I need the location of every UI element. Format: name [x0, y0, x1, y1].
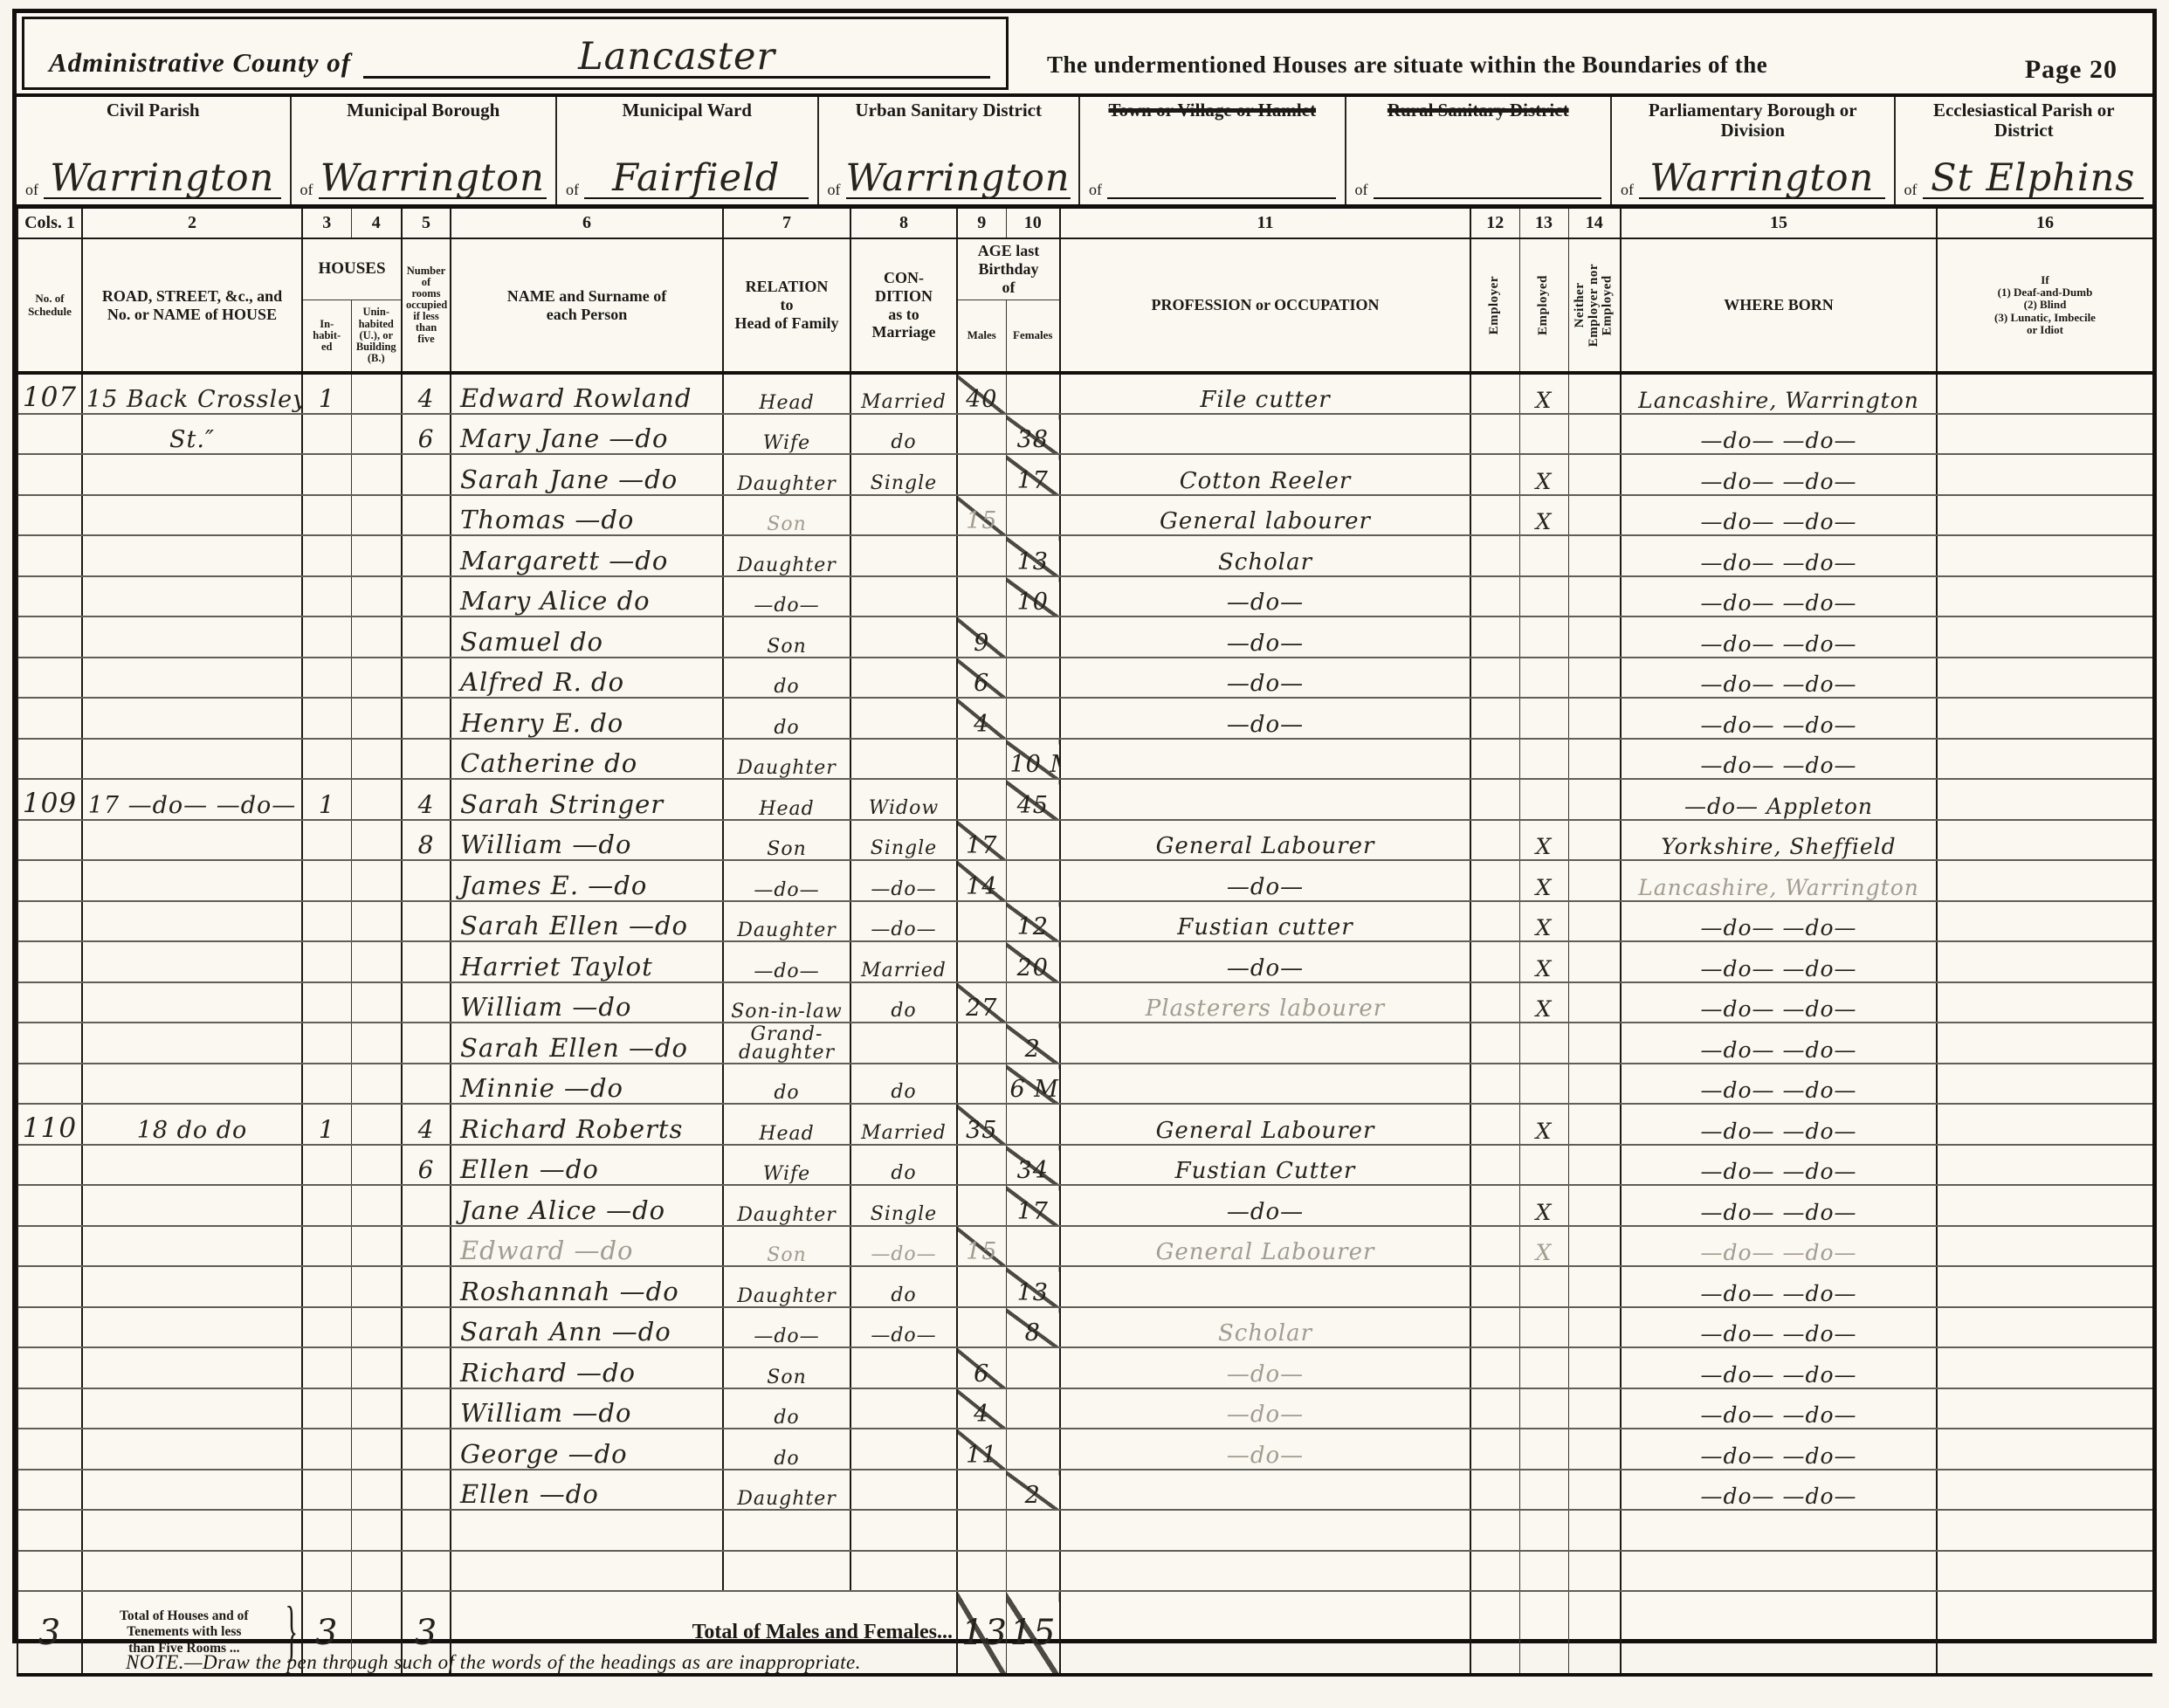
- cell-occupation: —do—: [1060, 698, 1470, 739]
- cell-inhabited: [302, 739, 351, 780]
- cell-condition: —do—: [850, 1307, 957, 1348]
- district-urban-sanitary: Urban Sanitary District ofWarrington: [819, 97, 1081, 204]
- cell-where-born: —do— —do—: [1621, 616, 1937, 658]
- cell-condition: [850, 1023, 957, 1064]
- cell-person-name: Harriet Taylot: [451, 941, 723, 982]
- col-num-3: 3: [302, 209, 351, 238]
- cell-rooms: [402, 454, 451, 495]
- cell-address: 17 —do— —do—: [82, 779, 302, 820]
- cell-employer-mark: [1470, 941, 1519, 982]
- cell-infirmity: [1937, 1064, 2152, 1105]
- person-row: Alfred R. dodo6—do——do— —do—: [17, 658, 2152, 699]
- cell-person-name: Catherine do: [451, 739, 723, 780]
- cell-uninhabited: [351, 658, 402, 699]
- cell-schedule-number: [17, 658, 82, 699]
- table-header: Cols. 1 2 3 4 5 6 7 8 9 10 11 12 13 14 1…: [17, 209, 2152, 373]
- cell-age-female: [1006, 1510, 1060, 1551]
- cell-person-name: Thomas —do: [451, 495, 723, 536]
- cell-age-male: [957, 576, 1006, 617]
- cell-occupation: [1060, 1470, 1470, 1511]
- cell-age-male: [957, 1185, 1006, 1226]
- person-row: Edward —doSon—do—15General LabourerX—do—…: [17, 1226, 2152, 1267]
- totals-empty: [1937, 1591, 2152, 1675]
- cell-relation: Wife: [723, 414, 850, 455]
- cell-person-name: [451, 1551, 723, 1592]
- cell-age-female: [1006, 495, 1060, 536]
- cell-infirmity: [1937, 1023, 2152, 1064]
- cell-uninhabited: [351, 1226, 402, 1267]
- cell-address: [82, 1510, 302, 1551]
- cell-inhabited: [302, 860, 351, 901]
- cell-where-born: —do— —do—: [1621, 1023, 1937, 1064]
- cell-age-female: [1006, 860, 1060, 901]
- cell-schedule-number: [17, 1429, 82, 1470]
- cell-address: [82, 658, 302, 699]
- cell-uninhabited: [351, 1104, 402, 1145]
- cell-person-name: Sarah Ellen —do: [451, 901, 723, 942]
- cell-infirmity: [1937, 495, 2152, 536]
- totals-brace: }: [286, 1594, 298, 1670]
- cell-uninhabited: [351, 941, 402, 982]
- cell-condition: Single: [850, 820, 957, 861]
- of-label: of: [1355, 181, 1368, 199]
- cell-schedule-number: [17, 1145, 82, 1186]
- cell-where-born: —do— —do—: [1621, 454, 1937, 495]
- person-row: Minnie —dododo6 Mo—do— —do—: [17, 1064, 2152, 1105]
- cell-person-name: Minnie —do: [451, 1064, 723, 1105]
- col-header-schedule: No. of Schedule: [17, 238, 82, 373]
- cell-person-name: Richard Roberts: [451, 1104, 723, 1145]
- cell-occupation: General Labourer: [1060, 1104, 1470, 1145]
- district-label: Municipal Borough: [300, 100, 547, 121]
- cell-uninhabited: [351, 1388, 402, 1429]
- col-num-5: 5: [402, 209, 451, 238]
- col-num-15: 15: [1621, 209, 1937, 238]
- cell-where-born: —do— —do—: [1621, 1104, 1937, 1145]
- cell-neither-mark: [1568, 373, 1621, 414]
- cell-rooms: 8: [402, 820, 451, 861]
- totals-empty: [1568, 1591, 1621, 1675]
- cell-age-female: 10: [1006, 576, 1060, 617]
- person-row: Richard —doSon6—do——do— —do—: [17, 1347, 2152, 1388]
- district-value: Fairfield: [584, 160, 809, 199]
- cell-condition: [850, 495, 957, 536]
- person-row: Catherine doDaughter10 Mo—do— —do—: [17, 739, 2152, 780]
- person-row: Sarah Ellen —doGrand- daughter2—do— —do—: [17, 1023, 2152, 1064]
- district-rural-sanitary: Rural Sanitary District of: [1346, 97, 1613, 204]
- cell-relation: Daughter: [723, 535, 850, 576]
- cell-inhabited: 1: [302, 779, 351, 820]
- cell-inhabited: [302, 698, 351, 739]
- districts-band: Civil Parish ofWarrington Municipal Boro…: [17, 97, 2152, 209]
- cell-occupation: Fustian cutter: [1060, 901, 1470, 942]
- cell-address: [82, 860, 302, 901]
- cell-employed-mark: [1519, 1064, 1568, 1105]
- cell-condition: Married: [850, 1104, 957, 1145]
- cell-employer-mark: [1470, 1388, 1519, 1429]
- cell-neither-mark: [1568, 1104, 1621, 1145]
- cell-uninhabited: [351, 1347, 402, 1388]
- person-row: 6Ellen —doWifedo34Fustian Cutter—do— —do…: [17, 1145, 2152, 1186]
- col-num-4: 4: [351, 209, 402, 238]
- cell-relation: —do—: [723, 860, 850, 901]
- cell-uninhabited: [351, 495, 402, 536]
- cell-address: [82, 1145, 302, 1186]
- cell-schedule-number: [17, 1551, 82, 1592]
- cell-where-born: [1621, 1551, 1937, 1592]
- cell-address: [82, 1307, 302, 1348]
- cell-where-born: —do— —do—: [1621, 1388, 1937, 1429]
- cell-neither-mark: [1568, 941, 1621, 982]
- district-label-struck: Town or Village or Hamlet: [1089, 100, 1336, 121]
- cell-rooms: 6: [402, 414, 451, 455]
- cell-age-male: [957, 1510, 1006, 1551]
- cell-rooms: [402, 1185, 451, 1226]
- cell-employed-mark: [1519, 1551, 1568, 1592]
- col-num-11: 11: [1060, 209, 1470, 238]
- cell-age-female: 13: [1006, 1266, 1060, 1307]
- cell-condition: [850, 1429, 957, 1470]
- person-row: Mary Alice do—do—10—do——do— —do—: [17, 576, 2152, 617]
- cell-age-female: [1006, 1347, 1060, 1388]
- cell-age-male: [957, 1064, 1006, 1105]
- totals-schedule-count: 3: [17, 1591, 82, 1675]
- cell-person-name: William —do: [451, 1388, 723, 1429]
- person-row: James E. —do—do——do—14—do—XLancashire, W…: [17, 860, 2152, 901]
- cell-employer-mark: [1470, 1064, 1519, 1105]
- cell-inhabited: [302, 1185, 351, 1226]
- cell-age-male: 4: [957, 1388, 1006, 1429]
- cell-occupation: Plasterers labourer: [1060, 982, 1470, 1023]
- col-num-16: 16: [1937, 209, 2152, 238]
- cell-employer-mark: [1470, 454, 1519, 495]
- cell-employed-mark: [1519, 1429, 1568, 1470]
- cell-employer-mark: [1470, 1551, 1519, 1592]
- person-row: William —dodo4—do——do— —do—: [17, 1388, 2152, 1429]
- cell-where-born: —do— —do—: [1621, 1429, 1937, 1470]
- cell-employed-mark: X: [1519, 1226, 1568, 1267]
- page-number: Page 20: [2025, 55, 2117, 85]
- cell-inhabited: 1: [302, 1104, 351, 1145]
- cell-occupation: —do—: [1060, 576, 1470, 617]
- cell-where-born: —do— —do—: [1621, 1470, 1937, 1511]
- cell-uninhabited: [351, 1266, 402, 1307]
- cell-infirmity: [1937, 1347, 2152, 1388]
- cell-condition: [850, 698, 957, 739]
- cell-neither-mark: [1568, 698, 1621, 739]
- cell-schedule-number: [17, 576, 82, 617]
- district-label-struck: Rural Sanitary District: [1355, 100, 1602, 121]
- neither-vertical-label: Neither Employer nor Employed: [1573, 264, 1615, 347]
- cell-condition: [850, 616, 957, 658]
- cell-address: St.″: [82, 414, 302, 455]
- cell-age-female: 12: [1006, 901, 1060, 942]
- cell-employer-mark: [1470, 658, 1519, 699]
- col-num-9: 9: [957, 209, 1006, 238]
- cell-rooms: [402, 1023, 451, 1064]
- col-header-condition: CON- DITION as to Marriage: [850, 238, 957, 373]
- cell-schedule-number: [17, 1266, 82, 1307]
- cell-neither-mark: [1568, 820, 1621, 861]
- cell-age-male: [957, 535, 1006, 576]
- cell-age-female: [1006, 1226, 1060, 1267]
- cell-address: [82, 454, 302, 495]
- totals-houses-label: Total of Houses and of Tenements with le…: [86, 1608, 282, 1657]
- cell-uninhabited: [351, 779, 402, 820]
- col-header-road-street: ROAD, STREET, &c., and No. or NAME of HO…: [82, 238, 302, 373]
- cell-neither-mark: [1568, 1185, 1621, 1226]
- cell-where-born: —do— —do—: [1621, 414, 1937, 455]
- cell-condition: [850, 535, 957, 576]
- cell-occupation: [1060, 779, 1470, 820]
- col-num-8: 8: [850, 209, 957, 238]
- cell-relation: Daughter: [723, 1470, 850, 1511]
- cell-condition: [850, 576, 957, 617]
- cell-relation: Daughter: [723, 901, 850, 942]
- cell-age-male: 15: [957, 1226, 1006, 1267]
- cell-schedule-number: [17, 982, 82, 1023]
- cell-infirmity: [1937, 1307, 2152, 1348]
- cell-uninhabited: [351, 1307, 402, 1348]
- cell-inhabited: [302, 1145, 351, 1186]
- cell-inhabited: [302, 1510, 351, 1551]
- census-table: Cols. 1 2 3 4 5 6 7 8 9 10 11 12 13 14 1…: [17, 209, 2152, 1677]
- cell-person-name: William —do: [451, 982, 723, 1023]
- cell-age-male: 14: [957, 860, 1006, 901]
- totals-males: 13: [957, 1591, 1006, 1675]
- person-row: [17, 1551, 2152, 1592]
- totals-row: 3 Total of Houses and of Tenements with …: [17, 1591, 2152, 1675]
- cell-inhabited: [302, 1551, 351, 1592]
- district-parliamentary-borough: Parliamentary Borough or Division ofWarr…: [1612, 97, 1896, 204]
- cell-uninhabited: [351, 901, 402, 942]
- cell-employer-mark: [1470, 779, 1519, 820]
- cell-infirmity: [1937, 820, 2152, 861]
- cell-where-born: —do— —do—: [1621, 941, 1937, 982]
- cell-employed-mark: [1519, 779, 1568, 820]
- cell-age-female: 38: [1006, 414, 1060, 455]
- cell-inhabited: [302, 982, 351, 1023]
- cell-rooms: [402, 1266, 451, 1307]
- person-row: Sarah Ann —do—do——do—8Scholar—do— —do—: [17, 1307, 2152, 1348]
- of-label: of: [300, 181, 313, 199]
- cell-rooms: [402, 1551, 451, 1592]
- district-label: Municipal Ward: [566, 100, 809, 121]
- cell-neither-mark: [1568, 1510, 1621, 1551]
- cell-uninhabited: [351, 820, 402, 861]
- cell-address: [82, 1429, 302, 1470]
- cell-occupation: Cotton Reeler: [1060, 454, 1470, 495]
- cell-relation: Wife: [723, 1145, 850, 1186]
- cell-person-name: Ellen —do: [451, 1145, 723, 1186]
- cell-condition: Married: [850, 941, 957, 982]
- cell-employer-mark: [1470, 1429, 1519, 1470]
- cell-infirmity: [1937, 616, 2152, 658]
- cell-where-born: —do— —do—: [1621, 495, 1937, 536]
- cell-age-male: [957, 1145, 1006, 1186]
- cell-employed-mark: X: [1519, 1104, 1568, 1145]
- cell-age-male: 15: [957, 495, 1006, 536]
- col-header-name: NAME and Surname of each Person: [451, 238, 723, 373]
- district-value: [1107, 197, 1336, 199]
- cell-neither-mark: [1568, 658, 1621, 699]
- cell-employed-mark: X: [1519, 982, 1568, 1023]
- cell-address: [82, 576, 302, 617]
- cell-age-male: [957, 414, 1006, 455]
- cell-employed-mark: X: [1519, 901, 1568, 942]
- cell-age-female: 17: [1006, 1185, 1060, 1226]
- cell-employer-mark: [1470, 1510, 1519, 1551]
- cell-rooms: [402, 860, 451, 901]
- cell-condition: —do—: [850, 1226, 957, 1267]
- cell-rooms: 4: [402, 1104, 451, 1145]
- cell-person-name: Henry E. do: [451, 698, 723, 739]
- col-header-profession: PROFESSION or OCCUPATION: [1060, 238, 1470, 373]
- cell-occupation: Scholar: [1060, 535, 1470, 576]
- cell-rooms: [402, 739, 451, 780]
- col-num-10: 10: [1006, 209, 1060, 238]
- cell-relation: Son: [723, 495, 850, 536]
- district-label: Civil Parish: [25, 100, 281, 121]
- cell-where-born: —do— —do—: [1621, 576, 1937, 617]
- cell-inhabited: [302, 414, 351, 455]
- cell-address: [82, 820, 302, 861]
- cell-age-female: 17: [1006, 454, 1060, 495]
- cell-age-male: 6: [957, 658, 1006, 699]
- cell-address: [82, 982, 302, 1023]
- cell-rooms: [402, 1226, 451, 1267]
- cell-relation: Son: [723, 1347, 850, 1388]
- cell-infirmity: [1937, 454, 2152, 495]
- cell-employed-mark: [1519, 616, 1568, 658]
- cell-where-born: —do— —do—: [1621, 1266, 1937, 1307]
- cell-where-born: —do— —do—: [1621, 1064, 1937, 1105]
- cell-age-female: [1006, 616, 1060, 658]
- cell-employed-mark: X: [1519, 820, 1568, 861]
- cell-inhabited: [302, 1470, 351, 1511]
- cell-person-name: Edward Rowland: [451, 373, 723, 414]
- cell-where-born: —do— —do—: [1621, 658, 1937, 699]
- cell-employer-mark: [1470, 495, 1519, 536]
- cell-employer-mark: [1470, 1226, 1519, 1267]
- cell-uninhabited: [351, 1470, 402, 1511]
- cell-condition: do: [850, 982, 957, 1023]
- cell-uninhabited: [351, 1185, 402, 1226]
- totals-empty: [1470, 1591, 1519, 1675]
- cell-employed-mark: [1519, 1510, 1568, 1551]
- person-row: Ellen —doDaughter2—do— —do—: [17, 1470, 2152, 1511]
- cell-schedule-number: [17, 414, 82, 455]
- cell-person-name: Mary Alice do: [451, 576, 723, 617]
- cell-rooms: [402, 982, 451, 1023]
- cell-inhabited: [302, 535, 351, 576]
- cell-employer-mark: [1470, 1266, 1519, 1307]
- cell-where-born: —do— —do—: [1621, 535, 1937, 576]
- cell-schedule-number: [17, 1307, 82, 1348]
- cell-age-female: [1006, 373, 1060, 414]
- cell-employer-mark: [1470, 1347, 1519, 1388]
- cell-schedule-number: [17, 698, 82, 739]
- totals-rooms: 3: [402, 1591, 451, 1675]
- cell-employer-mark: [1470, 901, 1519, 942]
- cell-schedule-number: [17, 901, 82, 942]
- cell-employed-mark: [1519, 1266, 1568, 1307]
- person-row: Sarah Jane —doDaughterSingle17Cotton Ree…: [17, 454, 2152, 495]
- cell-infirmity: [1937, 1388, 2152, 1429]
- cell-inhabited: 1: [302, 373, 351, 414]
- cell-employer-mark: [1470, 1307, 1519, 1348]
- cell-occupation: File cutter: [1060, 373, 1470, 414]
- cell-neither-mark: [1568, 860, 1621, 901]
- cell-age-male: 11: [957, 1429, 1006, 1470]
- cell-where-born: —do— —do—: [1621, 1185, 1937, 1226]
- cell-uninhabited: [351, 739, 402, 780]
- cell-rooms: 6: [402, 1145, 451, 1186]
- cell-address: [82, 1185, 302, 1226]
- cell-infirmity: [1937, 941, 2152, 982]
- cell-schedule-number: [17, 1510, 82, 1551]
- district-civil-parish: Civil Parish ofWarrington: [17, 97, 292, 204]
- of-label: of: [828, 181, 841, 199]
- cell-relation: do: [723, 658, 850, 699]
- cell-employer-mark: [1470, 414, 1519, 455]
- cell-neither-mark: [1568, 739, 1621, 780]
- cell-relation: do: [723, 698, 850, 739]
- cell-inhabited: [302, 454, 351, 495]
- administrative-county-label: Administrative County of: [49, 47, 351, 79]
- cell-where-born: —do— —do—: [1621, 1347, 1937, 1388]
- cell-schedule-number: [17, 820, 82, 861]
- cell-relation: —do—: [723, 1307, 850, 1348]
- cell-address: 15 Back Crossley: [82, 373, 302, 414]
- totals-houses-cell: Total of Houses and of Tenements with le…: [82, 1591, 302, 1675]
- cell-age-male: 6: [957, 1347, 1006, 1388]
- cell-condition: [850, 1510, 957, 1551]
- cell-inhabited: [302, 658, 351, 699]
- cell-schedule-number: [17, 454, 82, 495]
- cell-address: [82, 901, 302, 942]
- person-row: 10715 Back Crossley14Edward RowlandHeadM…: [17, 373, 2152, 414]
- cell-where-born: [1621, 1510, 1937, 1551]
- column-labels-row: No. of Schedule ROAD, STREET, &c., and N…: [17, 238, 2152, 300]
- cell-age-female: 2: [1006, 1023, 1060, 1064]
- cell-occupation: Fustian Cutter: [1060, 1145, 1470, 1186]
- cell-neither-mark: [1568, 1429, 1621, 1470]
- cell-age-female: [1006, 658, 1060, 699]
- employer-vertical-label: Employer: [1488, 276, 1502, 334]
- cell-occupation: [1060, 739, 1470, 780]
- cell-schedule-number: [17, 1185, 82, 1226]
- cell-inhabited: [302, 1307, 351, 1348]
- cell-person-name: Samuel do: [451, 616, 723, 658]
- cell-relation: Daughter: [723, 1266, 850, 1307]
- cell-infirmity: [1937, 982, 2152, 1023]
- cell-address: [82, 1470, 302, 1511]
- person-row: William —doSon-in-lawdo27Plasterers labo…: [17, 982, 2152, 1023]
- cell-employer-mark: [1470, 373, 1519, 414]
- cell-schedule-number: [17, 535, 82, 576]
- cell-person-name: Jane Alice —do: [451, 1185, 723, 1226]
- cell-relation: —do—: [723, 576, 850, 617]
- cell-neither-mark: [1568, 901, 1621, 942]
- cell-condition: Single: [850, 454, 957, 495]
- cell-inhabited: [302, 616, 351, 658]
- col-header-employed: Employed: [1519, 238, 1568, 373]
- cell-infirmity: [1937, 1185, 2152, 1226]
- top-header-band: Administrative County of Lancaster The u…: [17, 13, 2152, 97]
- cell-infirmity: [1937, 1226, 2152, 1267]
- cell-condition: [850, 658, 957, 699]
